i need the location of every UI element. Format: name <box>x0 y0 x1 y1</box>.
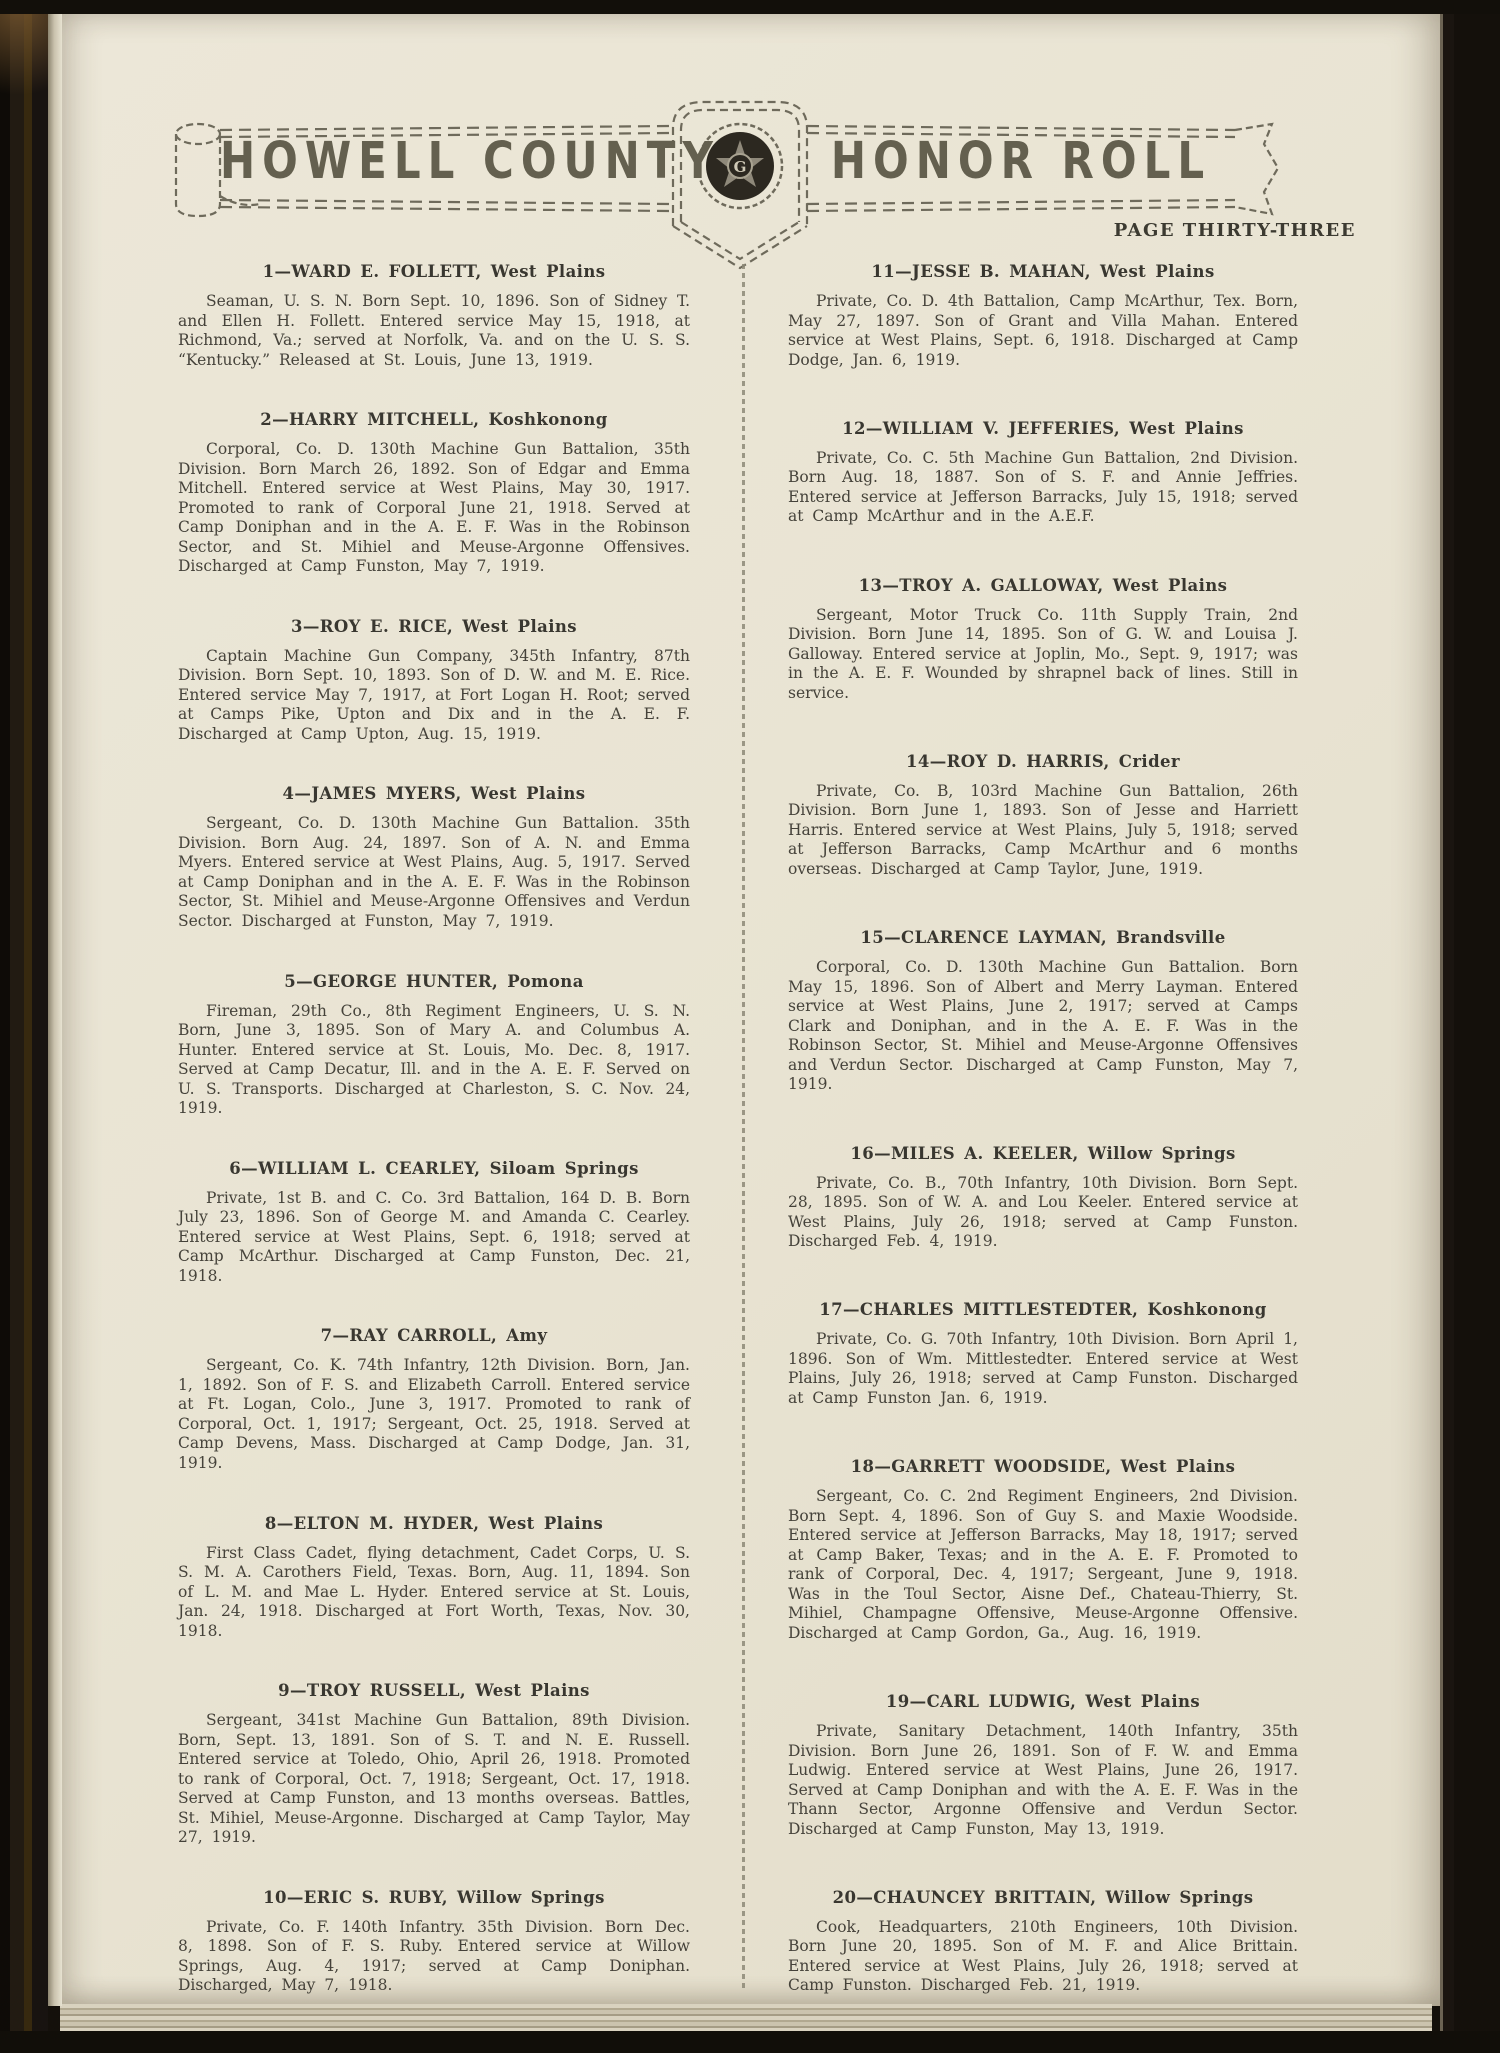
entry-heading: 17—CHARLES MITTLESTEDTER, Koshkonong <box>788 1300 1298 1319</box>
entry-body: Private, Co. G. 70th Infantry, 10th Divi… <box>788 1330 1298 1408</box>
entry-body: First Class Cadet, flying detachment, Ca… <box>178 1544 690 1642</box>
book-edge-bottom <box>0 2031 1500 2053</box>
honor-roll-entry: 8—ELTON M. HYDER, West Plains First Clas… <box>178 1514 690 1642</box>
page-stack-edges <box>60 2004 1432 2031</box>
entry-heading: 3—ROY E. RICE, West Plains <box>178 617 690 636</box>
entry-body: Cook, Headquarters, 210th Engineers, 10t… <box>788 1918 1298 1996</box>
entry-body: Sergeant, Motor Truck Co. 11th Supply Tr… <box>788 606 1298 704</box>
entry-heading: 14—ROY D. HARRIS, Crider <box>788 752 1298 771</box>
right-column: 11—JESSE B. MAHAN, West Plains Private, … <box>788 262 1298 1996</box>
honor-roll-entry: 4—JAMES MYERS, West Plains Sergeant, Co.… <box>178 784 690 931</box>
honor-roll-entry: 17—CHARLES MITTLESTEDTER, Koshkonong Pri… <box>788 1300 1298 1408</box>
honor-roll-entry: 5—GEORGE HUNTER, Pomona Fireman, 29th Co… <box>178 972 690 1119</box>
honor-roll-entry: 11—JESSE B. MAHAN, West Plains Private, … <box>788 262 1298 370</box>
book-edge-top <box>0 0 1500 14</box>
entry-heading: 7—RAY CARROLL, Amy <box>178 1326 690 1345</box>
entry-body: Private, Co. B., 70th Infantry, 10th Div… <box>788 1174 1298 1252</box>
entry-heading: 15—CLARENCE LAYMAN, Brandsville <box>788 928 1298 947</box>
entry-body: Private, 1st B. and C. Co. 3rd Battalion… <box>178 1189 690 1287</box>
column-divider <box>742 264 745 1990</box>
page-curl <box>48 14 62 2006</box>
page-number-label: PAGE THIRTY-THREE <box>1114 220 1356 241</box>
book-binding-right <box>1440 0 1500 2053</box>
book-binding-left <box>0 0 48 2053</box>
book-scan: G HOWELL COUNTY HONOR ROLL PAGE THIRTY-T… <box>0 0 1500 2053</box>
honor-roll-entry: 6—WILLIAM L. CEARLEY, Siloam Springs Pri… <box>178 1159 690 1287</box>
svg-text:G: G <box>734 158 747 176</box>
honor-roll-entry: 13—TROY A. GALLOWAY, West Plains Sergean… <box>788 576 1298 704</box>
honor-roll-entry: 7—RAY CARROLL, Amy Sergeant, Co. K. 74th… <box>178 1326 690 1473</box>
title-banner: G HOWELL COUNTY HONOR ROLL <box>160 96 1292 271</box>
left-column: 1—WARD E. FOLLETT, West Plains Seaman, U… <box>178 262 690 1996</box>
honor-roll-page: G HOWELL COUNTY HONOR ROLL PAGE THIRTY-T… <box>62 14 1440 2006</box>
entry-body: Captain Machine Gun Company, 345th Infan… <box>178 647 690 745</box>
honor-roll-entry: 2—HARRY MITCHELL, Koshkonong Corporal, C… <box>178 410 690 577</box>
entry-body: Private, Sanitary Detachment, 140th Infa… <box>788 1722 1298 1839</box>
honor-roll-entry: 20—CHAUNCEY BRITTAIN, Willow Springs Coo… <box>788 1888 1298 1996</box>
entry-heading: 1—WARD E. FOLLETT, West Plains <box>178 262 690 281</box>
entry-heading: 13—TROY A. GALLOWAY, West Plains <box>788 576 1298 595</box>
honor-roll-entry: 9—TROY RUSSELL, West Plains Sergeant, 34… <box>178 1681 690 1848</box>
entry-heading: 11—JESSE B. MAHAN, West Plains <box>788 262 1298 281</box>
honor-roll-entry: 10—ERIC S. RUBY, Willow Springs Private,… <box>178 1888 690 1996</box>
entry-heading: 10—ERIC S. RUBY, Willow Springs <box>178 1888 690 1907</box>
entry-body: Sergeant, Co. D. 130th Machine Gun Batta… <box>178 814 690 931</box>
entry-body: Sergeant, Co. K. 74th Infantry, 12th Div… <box>178 1356 690 1473</box>
entry-body: Corporal, Co. D. 130th Machine Gun Batta… <box>788 958 1298 1095</box>
honor-roll-entry: 19—CARL LUDWIG, West Plains Private, San… <box>788 1692 1298 1839</box>
honor-roll-entry: 16—MILES A. KEELER, Willow Springs Priva… <box>788 1144 1298 1252</box>
honor-roll-entry: 18—GARRETT WOODSIDE, West Plains Sergean… <box>788 1457 1298 1643</box>
entry-heading: 20—CHAUNCEY BRITTAIN, Willow Springs <box>788 1888 1298 1907</box>
entry-body: Seaman, U. S. N. Born Sept. 10, 1896. So… <box>178 292 690 370</box>
entry-body: Private, Co. D. 4th Battalion, Camp McAr… <box>788 292 1298 370</box>
entry-heading: 16—MILES A. KEELER, Willow Springs <box>788 1144 1298 1163</box>
entry-body: Fireman, 29th Co., 8th Regiment Engineer… <box>178 1002 690 1119</box>
entry-body: Private, Co. F. 140th Infantry. 35th Div… <box>178 1918 690 1996</box>
entry-body: Corporal, Co. D. 130th Machine Gun Batta… <box>178 440 690 577</box>
entry-heading: 5—GEORGE HUNTER, Pomona <box>178 972 690 991</box>
honor-roll-entry: 12—WILLIAM V. JEFFERIES, West Plains Pri… <box>788 419 1298 527</box>
entry-heading: 9—TROY RUSSELL, West Plains <box>178 1681 690 1700</box>
entry-heading: 18—GARRETT WOODSIDE, West Plains <box>788 1457 1298 1476</box>
entry-body: Sergeant, Co. C. 2nd Regiment Engineers,… <box>788 1487 1298 1643</box>
honor-roll-entry: 3—ROY E. RICE, West Plains Captain Machi… <box>178 617 690 745</box>
entry-heading: 4—JAMES MYERS, West Plains <box>178 784 690 803</box>
entry-body: Sergeant, 341st Machine Gun Battalion, 8… <box>178 1711 690 1848</box>
entry-heading: 6—WILLIAM L. CEARLEY, Siloam Springs <box>178 1159 690 1178</box>
entry-heading: 2—HARRY MITCHELL, Koshkonong <box>178 410 690 429</box>
entry-heading: 8—ELTON M. HYDER, West Plains <box>178 1514 690 1533</box>
honor-roll-entry: 1—WARD E. FOLLETT, West Plains Seaman, U… <box>178 262 690 370</box>
honor-roll-entry: 14—ROY D. HARRIS, Crider Private, Co. B,… <box>788 752 1298 880</box>
entry-body: Private, Co. B, 103rd Machine Gun Battal… <box>788 782 1298 880</box>
entry-heading: 12—WILLIAM V. JEFFERIES, West Plains <box>788 419 1298 438</box>
scroll-roll-right <box>1235 124 1278 214</box>
banner-title-county: HOWELL COUNTY <box>220 131 673 190</box>
entry-heading: 19—CARL LUDWIG, West Plains <box>788 1692 1298 1711</box>
entry-body: Private, Co. C. 5th Machine Gun Battalio… <box>788 449 1298 527</box>
honor-roll-entry: 15—CLARENCE LAYMAN, Brandsville Corporal… <box>788 928 1298 1095</box>
banner-title-honor-roll: HONOR ROLL <box>807 131 1235 190</box>
